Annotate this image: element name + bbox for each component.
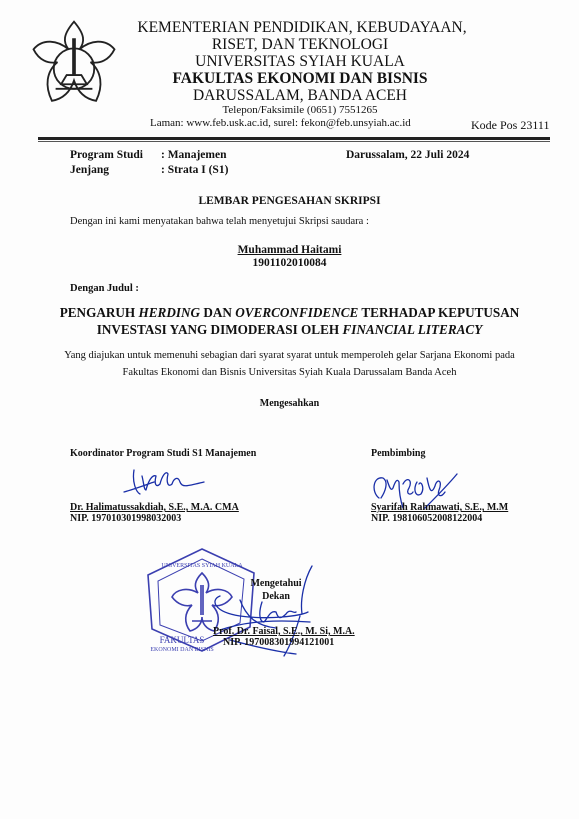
document-title: LEMBAR PENGESAHAN SKRIPSI — [0, 195, 579, 207]
advisor-nip: NIP. 198106052008122004 — [371, 513, 482, 524]
header-divider — [38, 137, 550, 140]
letterhead-web: Laman: www.feb.usk.ac.id, surel: fekon@f… — [150, 118, 450, 129]
university-logo-icon — [28, 18, 120, 110]
thesis-title-segment: PENGARUH — [60, 305, 139, 320]
letterhead-ministry-2: RISET, DAN TEKNOLOGI — [130, 37, 470, 53]
letterhead-phone: Telepon/Faksimile (0651) 7551265 — [130, 105, 470, 116]
dean-name: Prof. Dr. Faisal, S.E., M. Si, M.A. — [213, 626, 355, 637]
header-divider-thin — [38, 141, 550, 142]
mengesahkan-label: Mengesahkan — [0, 398, 579, 409]
dean-nip: NIP. 197008301994121001 — [223, 637, 334, 648]
letterhead-ministry: KEMENTERIAN PENDIDIKAN, KEBUDAYAAN, — [112, 20, 492, 36]
thesis-title-segment: INVESTASI YANG DIMODERASI OLEH — [97, 322, 343, 337]
coordinator-role: Koordinator Program Studi S1 Manajemen — [70, 448, 256, 459]
place-date: Darussalam, 22 Juli 2024 — [346, 149, 469, 161]
svg-text:FAKULTAS: FAKULTAS — [160, 635, 205, 645]
thesis-title-line-2: INVESTASI YANG DIMODERASI OLEH FINANCIAL… — [0, 322, 579, 338]
program-label: Program Studi — [70, 149, 143, 161]
thesis-title-segment: HERDING — [138, 305, 200, 320]
thesis-title-segment: FINANCIAL LITERACY — [342, 322, 482, 337]
postal-code: Kode Pos 23111 — [471, 118, 549, 133]
letterhead-university: UNIVERSITAS SYIAH KUALA — [130, 54, 470, 70]
purpose-line-2: Fakultas Ekonomi dan Bisnis Universitas … — [0, 367, 579, 378]
thesis-title-line-1: PENGARUH HERDING DAN OVERCONFIDENCE TERH… — [0, 305, 579, 321]
coordinator-nip: NIP. 197010301998032003 — [70, 513, 181, 524]
thesis-title-segment: OVERCONFIDENCE — [235, 305, 358, 320]
jenjang-value: : Strata I (S1) — [161, 164, 228, 176]
thesis-title-segment: DAN — [200, 305, 235, 320]
student-name: Muhammad Haitami — [0, 244, 579, 256]
coordinator-name: Dr. Halimatussakdiah, S.E., M.A. CMA — [70, 502, 239, 513]
advisor-name: Syarifah Rahmawati, S.E., M.M — [371, 502, 508, 513]
advisor-role: Pembimbing — [371, 448, 425, 459]
judul-label: Dengan Judul : — [70, 283, 139, 294]
letterhead-city: DARUSSALAM, BANDA ACEH — [130, 88, 470, 104]
program-value: : Manajemen — [161, 149, 226, 161]
jenjang-label: Jenjang — [70, 164, 109, 176]
letterhead-faculty: FAKULTAS EKONOMI DAN BISNIS — [130, 71, 470, 87]
thesis-title-segment: TERHADAP KEPUTUSAN — [358, 305, 519, 320]
purpose-line-1: Yang diajukan untuk memenuhi sebagian da… — [0, 350, 579, 361]
coordinator-signature — [118, 462, 208, 502]
intro-text: Dengan ini kami menyatakan bahwa telah m… — [70, 216, 369, 227]
student-nim: 1901102010084 — [0, 257, 579, 269]
